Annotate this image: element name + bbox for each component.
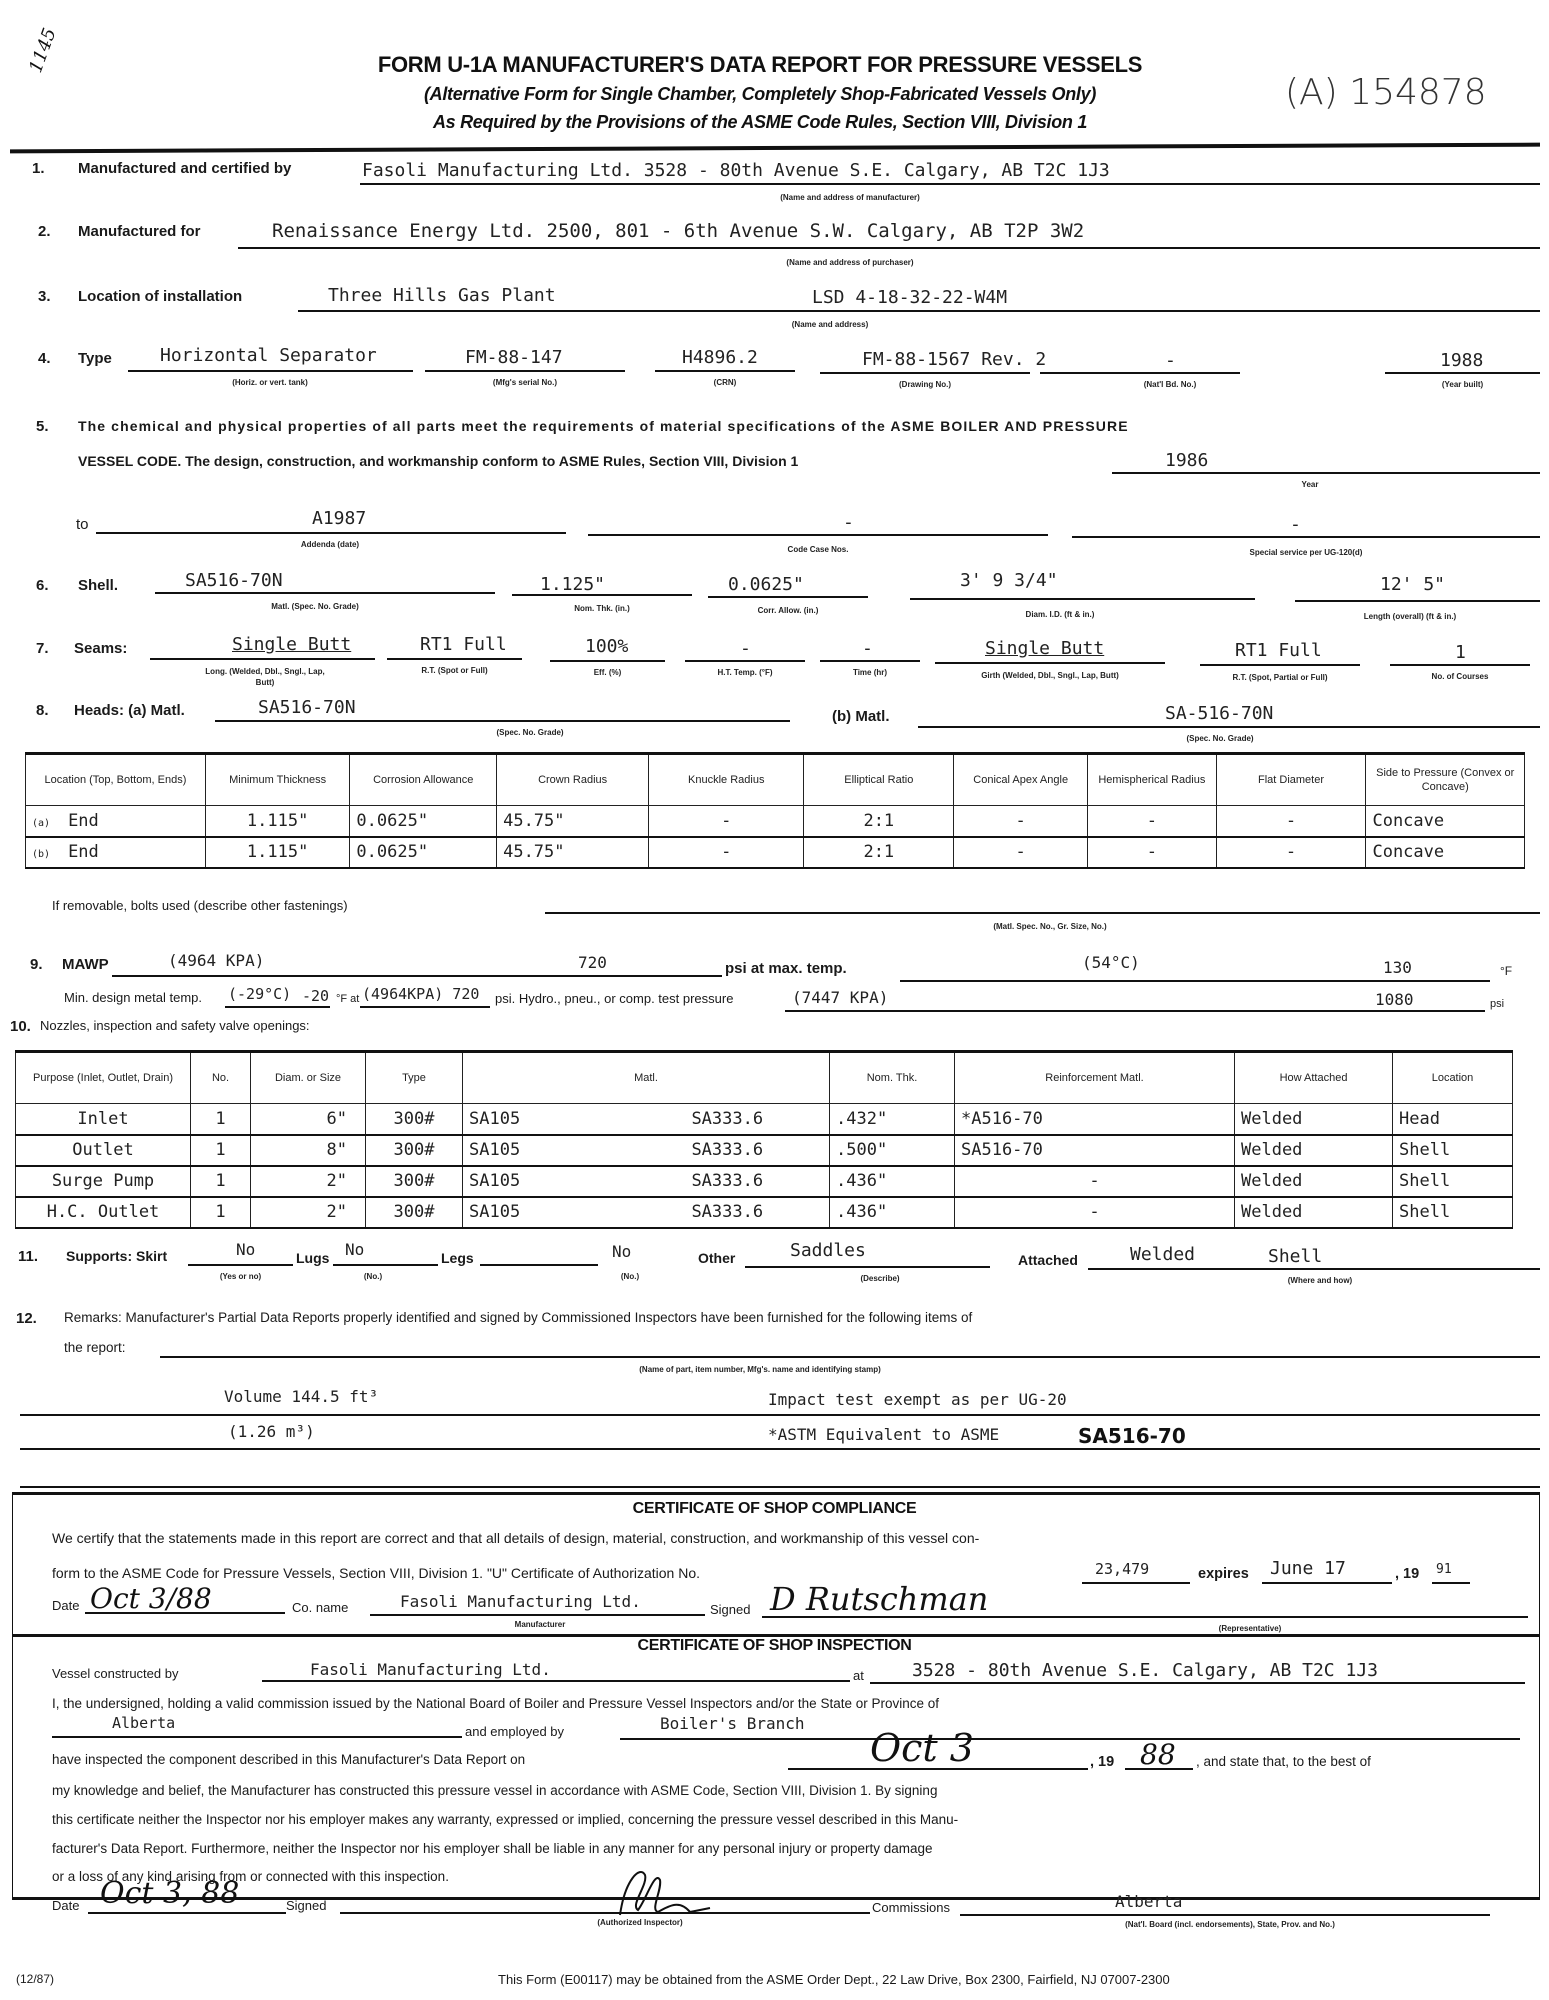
- nozzle-attached[interactable]: Welded: [1235, 1104, 1393, 1135]
- max-temp-metric-field[interactable]: (54°C): [1082, 953, 1140, 972]
- head-a-flat[interactable]: -: [1216, 806, 1366, 837]
- head-b-location[interactable]: (b)End: [26, 837, 206, 868]
- nozzle-reinforcement[interactable]: -: [955, 1197, 1235, 1228]
- commissions-caption: (Nat'l. Board (incl. endorsements), Stat…: [1080, 1920, 1380, 1929]
- addenda-line: [96, 532, 566, 534]
- other-caption: (Describe): [840, 1274, 920, 1283]
- code-case-line: [588, 534, 1048, 536]
- head-b-elliptical[interactable]: 2:1: [804, 837, 954, 868]
- province-line: [52, 1736, 462, 1738]
- remark-astm-handwritten: SA516-70: [1078, 1424, 1186, 1448]
- head-b-flat[interactable]: -: [1216, 837, 1366, 868]
- nozzle-location[interactable]: Shell: [1393, 1135, 1513, 1166]
- item12-number: 12.: [16, 1310, 37, 1327]
- lugs-label: Lugs: [296, 1250, 329, 1266]
- nozzle-count[interactable]: 1: [191, 1135, 251, 1166]
- head-b-conical[interactable]: -: [954, 837, 1088, 868]
- crn-field[interactable]: H4896.2: [682, 347, 758, 368]
- deg-f-unit: °F: [1500, 964, 1512, 978]
- courses-caption: No. of Courses: [1390, 672, 1530, 681]
- mawp-field[interactable]: 720: [578, 953, 607, 972]
- nozzle-col-reinforcement: Reinforcement Matl.: [955, 1052, 1235, 1104]
- remarks-text-2: the report:: [64, 1340, 126, 1355]
- item7-number: 7.: [36, 640, 49, 657]
- legs-field[interactable]: No: [612, 1242, 631, 1261]
- nozzle-matl-neck[interactable]: SA333.6: [626, 1197, 830, 1228]
- head-a-knuckle[interactable]: -: [649, 806, 804, 837]
- attached-how-field[interactable]: Welded: [1130, 1244, 1195, 1265]
- remark-impact[interactable]: Impact test exempt as per UG-20: [768, 1390, 1067, 1409]
- item8-label-a: Heads: (a) Matl.: [74, 702, 185, 719]
- mawp-label: MAWP: [62, 956, 109, 973]
- lugs-line: [333, 1264, 438, 1266]
- code-case-field[interactable]: -: [843, 512, 854, 533]
- code-year-line: [1112, 472, 1540, 474]
- special-service-line: [1072, 536, 1540, 538]
- item2-caption: (Name and address of purchaser): [700, 258, 1000, 267]
- head-a-elliptical[interactable]: 2:1: [804, 806, 954, 837]
- ht-time-field[interactable]: -: [862, 638, 873, 659]
- nozzle-count[interactable]: 1: [191, 1166, 251, 1197]
- other-line: [745, 1266, 990, 1268]
- nozzle-type[interactable]: 300#: [366, 1104, 463, 1135]
- compliance-signed-caption: (Representative): [1190, 1624, 1310, 1633]
- nozzle-size[interactable]: 2": [251, 1166, 366, 1197]
- item8-label-b: (b) Matl.: [832, 708, 890, 725]
- item10-number: 10.: [10, 1018, 31, 1035]
- girth-rt-caption: R.T. (Spot, Partial or Full): [1215, 672, 1345, 683]
- girth-seam-field[interactable]: Single Butt: [985, 638, 1104, 659]
- nozzle-location[interactable]: Shell: [1393, 1197, 1513, 1228]
- inspection-date-field[interactable]: Oct 3, 88: [100, 1876, 239, 1911]
- stamp-number: (A) 154878: [1285, 72, 1487, 113]
- commissions-line: [960, 1914, 1490, 1916]
- inspection-text-1: I, the undersigned, holding a valid comm…: [52, 1696, 939, 1711]
- nozzle-matl-flange[interactable]: SA105: [463, 1197, 626, 1228]
- test-pressure-line: [785, 1010, 1485, 1012]
- removable-label: If removable, bolts used (describe other…: [52, 898, 348, 913]
- remark-volume-metric[interactable]: (1.26 m³): [228, 1422, 315, 1441]
- mdmt-pressure-line: [360, 1006, 490, 1008]
- vessel-type-field[interactable]: Horizontal Separator: [160, 345, 377, 366]
- drawing-number-field[interactable]: FM-88-1567 Rev. 2: [862, 349, 1046, 370]
- head-a-side[interactable]: Concave: [1366, 806, 1525, 837]
- installation-address-field[interactable]: LSD 4-18-32-22-W4M: [812, 287, 1007, 308]
- head-a-location[interactable]: (a)End: [26, 806, 206, 837]
- special-service-caption: Special service per UG-120(d): [1186, 548, 1426, 557]
- item6-label: Shell.: [78, 577, 118, 594]
- nozzle-reinforcement[interactable]: SA516-70: [955, 1135, 1235, 1166]
- inspected-date-field[interactable]: Oct 3: [870, 1726, 974, 1770]
- form-title: FORM U-1A MANUFACTURER'S DATA REPORT FOR…: [300, 52, 1220, 78]
- remark-volume[interactable]: Volume 144.5 ft³: [224, 1387, 378, 1406]
- nozzle-size[interactable]: 8": [251, 1135, 366, 1166]
- type-line: [128, 370, 413, 372]
- legs-line: [480, 1264, 598, 1266]
- head-b-crown[interactable]: 45.75": [497, 837, 649, 868]
- inspection-date-label: Date: [52, 1898, 79, 1913]
- purchaser-field[interactable]: Renaissance Energy Ltd. 2500, 801 - 6th …: [272, 220, 1084, 242]
- nozzle-matl-neck[interactable]: SA333.6: [626, 1166, 830, 1197]
- row-tag: (a): [32, 818, 50, 829]
- table-row: (a)End 1.115" 0.0625" 45.75" - 2:1 - - -…: [26, 806, 1525, 837]
- skirt-field[interactable]: No: [236, 1240, 255, 1259]
- nozzle-location[interactable]: Head: [1393, 1104, 1513, 1135]
- shell-thk-caption: Nom. Thk. (in.): [512, 604, 692, 613]
- employed-label: and employed by: [465, 1724, 564, 1739]
- nozzle-count[interactable]: 1: [191, 1197, 251, 1228]
- compliance-text-1: We certify that the statements made in t…: [52, 1530, 979, 1546]
- item8-number: 8.: [36, 702, 49, 719]
- nozzle-col-type: Type: [366, 1052, 463, 1104]
- seam-girth-line: [935, 662, 1165, 664]
- shell-matl-caption: Matl. (Spec. No. Grade): [215, 602, 415, 611]
- remarks-text-1: Remarks: Manufacturer's Partial Data Rep…: [64, 1310, 972, 1325]
- heads-col-knuckle: Knuckle Radius: [649, 754, 804, 806]
- expires-label: expires: [1198, 1566, 1249, 1582]
- year-built-field[interactable]: 1988: [1440, 350, 1483, 371]
- code-year-caption: Year: [1280, 480, 1340, 489]
- item1-caption: (Name and address of manufacturer): [700, 193, 1000, 202]
- item3-line: [298, 310, 1540, 312]
- commissions-field[interactable]: Alberta: [1115, 1892, 1182, 1911]
- head-b-line: [918, 726, 1540, 728]
- other-label: Other: [698, 1250, 735, 1266]
- heads-col-hemispherical: Hemispherical Radius: [1088, 754, 1216, 806]
- remarks-line-3: [20, 1448, 1540, 1450]
- item9-number: 9.: [30, 956, 43, 973]
- girth-rt-field[interactable]: RT1 Full: [1235, 640, 1322, 661]
- constructed-by-field[interactable]: Fasoli Manufacturing Ltd.: [310, 1660, 551, 1679]
- test-pressure-label: psi. Hydro., pneu., or comp. test pressu…: [495, 991, 733, 1006]
- constructed-at-field[interactable]: 3528 - 80th Avenue S.E. Calgary, AB T2C …: [912, 1660, 1378, 1681]
- signature-scribble-icon: [600, 1860, 720, 1920]
- natl-bd-field[interactable]: -: [1165, 350, 1176, 371]
- f-at-label: °F at: [336, 993, 359, 1005]
- year-built-line: [1385, 372, 1540, 374]
- nozzle-matl-neck[interactable]: SA333.6: [626, 1104, 830, 1135]
- table-row: Surge Pump 1 2" 300# SA105 SA333.6 .436"…: [16, 1166, 1513, 1197]
- nozzle-col-attached: How Attached: [1235, 1052, 1393, 1104]
- nozzles-table: Purpose (Inlet, Outlet, Drain) No. Diam.…: [15, 1050, 1513, 1229]
- at-line: [870, 1682, 1525, 1684]
- inspected-year-field[interactable]: 88: [1140, 1738, 1176, 1771]
- nozzle-type[interactable]: 300#: [366, 1135, 463, 1166]
- item10-label: Nozzles, inspection and safety valve ope…: [40, 1018, 310, 1033]
- mdmt-pressure-field[interactable]: (4964KPA) 720: [362, 985, 479, 1003]
- removable-line: [545, 912, 1540, 914]
- head-a-line: [215, 720, 790, 722]
- nozzle-purpose[interactable]: Outlet: [16, 1135, 191, 1166]
- heads-col-elliptical: Elliptical Ratio: [804, 754, 954, 806]
- state-tail: , and state that, to the best of: [1196, 1754, 1371, 1769]
- table-row: Outlet 1 8" 300# SA105 SA333.6 .500" SA5…: [16, 1135, 1513, 1166]
- natl-bd-line: [1040, 372, 1240, 374]
- test-pressure-metric-field[interactable]: (7447 KPA): [792, 988, 888, 1007]
- nozzle-thickness[interactable]: .436": [830, 1166, 955, 1197]
- cell-text: End: [68, 842, 99, 862]
- inspection-date-line: [88, 1912, 286, 1914]
- lugs-field[interactable]: No: [345, 1240, 364, 1259]
- shell-corr-caption: Corr. Allow. (in.): [708, 606, 868, 615]
- margin-note: 1145: [25, 25, 60, 75]
- nozzle-matl-flange[interactable]: SA105: [463, 1166, 626, 1197]
- item2-line: [238, 247, 1540, 249]
- head-b-corrosion[interactable]: 0.0625": [350, 837, 497, 868]
- nozzle-size[interactable]: 6": [251, 1104, 366, 1135]
- co-name-line: [370, 1614, 705, 1616]
- heads-col-crown: Crown Radius: [497, 754, 649, 806]
- seam-rt-line: [387, 658, 522, 660]
- ht-temp-field[interactable]: -: [740, 638, 751, 659]
- long-seam-field[interactable]: Single Butt: [232, 634, 351, 655]
- natl-bd-caption: (Nat'l Bd. No.): [1040, 380, 1300, 389]
- item1-number: 1.: [32, 160, 45, 177]
- item5-number: 5.: [36, 418, 49, 435]
- shell-length-caption: Length (overall) (ft & in.): [1310, 612, 1510, 621]
- skirt-caption: (Yes or no): [188, 1272, 293, 1281]
- efficiency-field[interactable]: 100%: [585, 636, 628, 657]
- inspection-text-5: facturer's Data Report. Furthermore, nei…: [52, 1841, 933, 1856]
- attached-caption: (Where and how): [1270, 1276, 1370, 1285]
- nozzle-col-no: No.: [191, 1052, 251, 1104]
- crn-caption: (CRN): [655, 378, 795, 387]
- year-built-caption: (Year built): [1385, 380, 1540, 389]
- nozzle-size[interactable]: 2": [251, 1197, 366, 1228]
- item3-caption: (Name and address): [730, 320, 930, 329]
- inspection-text-4: this certificate neither the Inspector n…: [52, 1812, 958, 1827]
- seam-time-line: [820, 660, 920, 662]
- nozzle-purpose[interactable]: H.C. Outlet: [16, 1197, 191, 1228]
- remark-astm[interactable]: *ASTM Equivalent to ASME: [768, 1425, 999, 1444]
- row-tag: (b): [32, 849, 50, 860]
- shell-diam-caption: Diam. I.D. (ft & in.): [960, 610, 1160, 619]
- nozzle-attached[interactable]: Welded: [1235, 1166, 1393, 1197]
- table-row: (b)End 1.115" 0.0625" 45.75" - 2:1 - - -…: [26, 837, 1525, 868]
- crn-line: [655, 370, 795, 372]
- nozzle-purpose[interactable]: Inlet: [16, 1104, 191, 1135]
- at-label: at: [853, 1668, 864, 1683]
- head-b-material-field[interactable]: SA-516-70N: [1165, 703, 1273, 724]
- mdmt-metric-field[interactable]: (-29°C): [228, 985, 291, 1003]
- head-b-caption: (Spec. No. Grade): [1165, 734, 1275, 743]
- compliance-text-2: form to the ASME Code for Pressure Vesse…: [52, 1565, 700, 1581]
- courses-field[interactable]: 1: [1455, 642, 1466, 663]
- expires-year-field[interactable]: 91: [1436, 1562, 1452, 1577]
- item1-label: Manufactured and certified by: [78, 160, 291, 177]
- co-name-label: Co. name: [292, 1600, 348, 1615]
- shell-corrosion-field[interactable]: 0.0625": [728, 574, 804, 595]
- head-a-conical[interactable]: -: [954, 806, 1088, 837]
- form-revision-date: (12/87): [16, 1972, 54, 1986]
- nozzle-attached[interactable]: Welded: [1235, 1197, 1393, 1228]
- nozzles-header-row: Purpose (Inlet, Outlet, Drain) No. Diam.…: [16, 1052, 1513, 1104]
- expires-year-prefix: , 19: [1395, 1566, 1419, 1582]
- form-subtitle: (Alternative Form for Single Chamber, Co…: [300, 84, 1220, 105]
- long-seam-caption: Long. (Welded, Dbl., Sngl., Lap, Butt): [200, 666, 330, 688]
- table-row: H.C. Outlet 1 2" 300# SA105 SA333.6 .436…: [16, 1197, 1513, 1228]
- co-name-field[interactable]: Fasoli Manufacturing Ltd.: [400, 1592, 641, 1611]
- nozzle-count[interactable]: 1: [191, 1104, 251, 1135]
- long-rt-caption: R.T. (Spot or Full): [387, 666, 522, 675]
- item5-text-1: The chemical and physical properties of …: [78, 418, 1129, 434]
- constructed-label: Vessel constructed by: [52, 1666, 178, 1681]
- inspection-title: CERTIFICATE OF SHOP INSPECTION: [0, 1637, 1549, 1655]
- nozzle-reinforcement[interactable]: -: [955, 1166, 1235, 1197]
- compliance-signature[interactable]: D Rutschman: [770, 1580, 988, 1618]
- remarks-line-1: [160, 1356, 1540, 1358]
- nozzle-matl-flange[interactable]: SA105: [463, 1135, 626, 1166]
- nozzle-attached[interactable]: Welded: [1235, 1135, 1393, 1166]
- drawing-caption: (Drawing No.): [820, 380, 1030, 389]
- installation-name-field[interactable]: Three Hills Gas Plant: [328, 285, 556, 306]
- compliance-title: CERTIFICATE OF SHOP COMPLIANCE: [0, 1500, 1549, 1518]
- item1-line: [360, 183, 1540, 185]
- nozzle-type[interactable]: 300#: [366, 1197, 463, 1228]
- heads-col-conical: Conical Apex Angle: [954, 754, 1088, 806]
- item11-number: 11.: [18, 1248, 38, 1265]
- skirt-line: [188, 1264, 293, 1266]
- code-case-caption: Code Case Nos.: [718, 545, 918, 554]
- item6-number: 6.: [36, 577, 49, 594]
- special-service-field[interactable]: -: [1290, 514, 1301, 535]
- max-temp-line: [900, 980, 1490, 982]
- item7-label: Seams:: [74, 640, 127, 657]
- shell-diameter-field[interactable]: 3' 9 3/4": [960, 570, 1058, 591]
- test-pressure-field[interactable]: 1080: [1375, 990, 1414, 1009]
- head-b-side[interactable]: Concave: [1366, 837, 1525, 868]
- shell-corr-line: [708, 596, 868, 598]
- item3-number: 3.: [38, 288, 51, 305]
- shell-thickness-field[interactable]: 1.125": [540, 574, 605, 595]
- auth-number-field[interactable]: 23,479: [1095, 1560, 1149, 1578]
- nozzle-col-diam: Diam. or Size: [251, 1052, 366, 1104]
- nozzle-matl-neck[interactable]: SA333.6: [626, 1135, 830, 1166]
- shell-length-field[interactable]: 12' 5": [1380, 574, 1445, 595]
- order-info: This Form (E00117) may be obtained from …: [498, 1972, 1170, 1987]
- compliance-date-field[interactable]: Oct 3/88: [90, 1582, 212, 1615]
- removable-caption: (Matl. Spec. No., Gr. Size, No.): [950, 922, 1150, 931]
- serial-number-field[interactable]: FM-88-147: [465, 347, 563, 368]
- inspected-label: have inspected the component described i…: [52, 1752, 525, 1767]
- lugs-caption: (No.): [333, 1272, 413, 1281]
- seam-girth-rt-line: [1200, 664, 1360, 666]
- head-a-thickness[interactable]: 1.115": [205, 806, 350, 837]
- inspector-signature[interactable]: [600, 1860, 720, 1920]
- legs-caption: (No.): [590, 1272, 670, 1281]
- constructed-line: [262, 1680, 850, 1682]
- item2-label: Manufactured for: [78, 223, 201, 240]
- heads-header-row: Location (Top, Bottom, Ends) Minimum Thi…: [26, 754, 1525, 806]
- legs-label: Legs: [441, 1250, 474, 1266]
- ht-time-caption: Time (hr): [820, 668, 920, 677]
- code-year-field[interactable]: 1986: [1165, 450, 1208, 471]
- compliance-date-label: Date: [52, 1598, 79, 1613]
- addenda-field[interactable]: A1987: [312, 508, 366, 529]
- employed-line: [620, 1738, 1520, 1740]
- cell-text: End: [68, 811, 99, 831]
- co-name-caption: Manufacturer: [500, 1620, 580, 1629]
- item3-label: Location of installation: [78, 288, 242, 305]
- shell-matl-line: [155, 592, 495, 594]
- inspection-text-3: my knowledge and belief, the Manufacture…: [52, 1783, 937, 1798]
- inspected-year-prefix: , 19: [1090, 1754, 1114, 1770]
- efficiency-caption: Eff. (%): [550, 668, 665, 677]
- head-a-crown[interactable]: 45.75": [497, 806, 649, 837]
- mawp-line: [112, 975, 722, 977]
- head-a-caption: (Spec. No. Grade): [470, 728, 590, 737]
- nozzle-thickness[interactable]: .436": [830, 1197, 955, 1228]
- heads-col-location: Location (Top, Bottom, Ends): [26, 754, 206, 806]
- head-b-knuckle[interactable]: -: [649, 837, 804, 868]
- heads-col-thickness: Minimum Thickness: [205, 754, 350, 806]
- heads-col-corrosion: Corrosion Allowance: [350, 754, 497, 806]
- commissions-label: Commissions: [872, 1900, 950, 1915]
- nozzle-purpose[interactable]: Surge Pump: [16, 1166, 191, 1197]
- heads-col-side: Side to Pressure (Convex or Concave): [1366, 754, 1525, 806]
- type-caption: (Horiz. or vert. tank): [170, 378, 370, 387]
- nozzle-matl-flange[interactable]: SA105: [463, 1104, 626, 1135]
- head-a-corrosion[interactable]: 0.0625": [350, 806, 497, 837]
- remarks-line-4: [20, 1486, 1540, 1488]
- expires-field[interactable]: June 17: [1270, 1558, 1346, 1579]
- remarks-line-2: [20, 1414, 1540, 1416]
- nozzle-thickness[interactable]: .500": [830, 1135, 955, 1166]
- max-temp-field[interactable]: 130: [1383, 958, 1412, 977]
- addenda-caption: Addenda (date): [230, 540, 430, 549]
- nozzle-reinforcement[interactable]: *A516-70: [955, 1104, 1235, 1135]
- mdmt-line: [225, 1006, 330, 1008]
- other-support-field[interactable]: Saddles: [790, 1240, 866, 1261]
- item4-label: Type: [78, 350, 112, 367]
- auth-no-line: [1082, 1582, 1190, 1584]
- heads-table: Location (Top, Bottom, Ends) Minimum Thi…: [25, 752, 1525, 869]
- seam-courses-line: [1390, 664, 1530, 666]
- psi-unit: psi: [1490, 998, 1504, 1010]
- supports-label: Supports: Skirt: [66, 1248, 167, 1264]
- item2-number: 2.: [38, 223, 51, 240]
- head-b-hemispherical[interactable]: -: [1088, 837, 1216, 868]
- expires-line: [1262, 1582, 1392, 1584]
- expires-year-line: [1432, 1582, 1470, 1584]
- mdmt-field[interactable]: -20: [302, 987, 329, 1005]
- head-b-thickness[interactable]: 1.115": [205, 837, 350, 868]
- province-field[interactable]: Alberta: [112, 1714, 175, 1732]
- attached-where-field[interactable]: Shell: [1268, 1246, 1322, 1267]
- to-label: to: [76, 516, 89, 533]
- shell-diam-line: [910, 598, 1255, 600]
- employed-by-field[interactable]: Boiler's Branch: [660, 1714, 805, 1733]
- long-rt-field[interactable]: RT1 Full: [420, 634, 507, 655]
- seam-long-line: [150, 658, 375, 660]
- ht-temp-caption: H.T. Temp. (°F): [685, 668, 805, 677]
- head-a-hemispherical[interactable]: -: [1088, 806, 1216, 837]
- shell-material-field[interactable]: SA516-70N: [185, 570, 283, 591]
- nozzle-thickness[interactable]: .432": [830, 1104, 955, 1135]
- manufacturer-field[interactable]: Fasoli Manufacturing Ltd. 3528 - 80th Av…: [362, 160, 1110, 181]
- nozzle-type[interactable]: 300#: [366, 1166, 463, 1197]
- nozzle-location[interactable]: Shell: [1393, 1166, 1513, 1197]
- table-row: Inlet 1 6" 300# SA105 SA333.6 .432" *A51…: [16, 1104, 1513, 1135]
- nozzle-col-location: Location: [1393, 1052, 1513, 1104]
- mawp-metric-field[interactable]: (4964 KPA): [168, 951, 264, 970]
- girth-seam-caption: Girth (Welded, Dbl., Sngl., Lap, Butt): [975, 670, 1125, 681]
- head-a-material-field[interactable]: SA516-70N: [258, 697, 356, 718]
- seam-eff-line: [550, 660, 665, 662]
- remarks-caption: (Name of part, item number, Mfg's. name …: [560, 1365, 960, 1374]
- serial-line: [425, 370, 625, 372]
- psi-at-label: psi at max. temp.: [725, 960, 847, 977]
